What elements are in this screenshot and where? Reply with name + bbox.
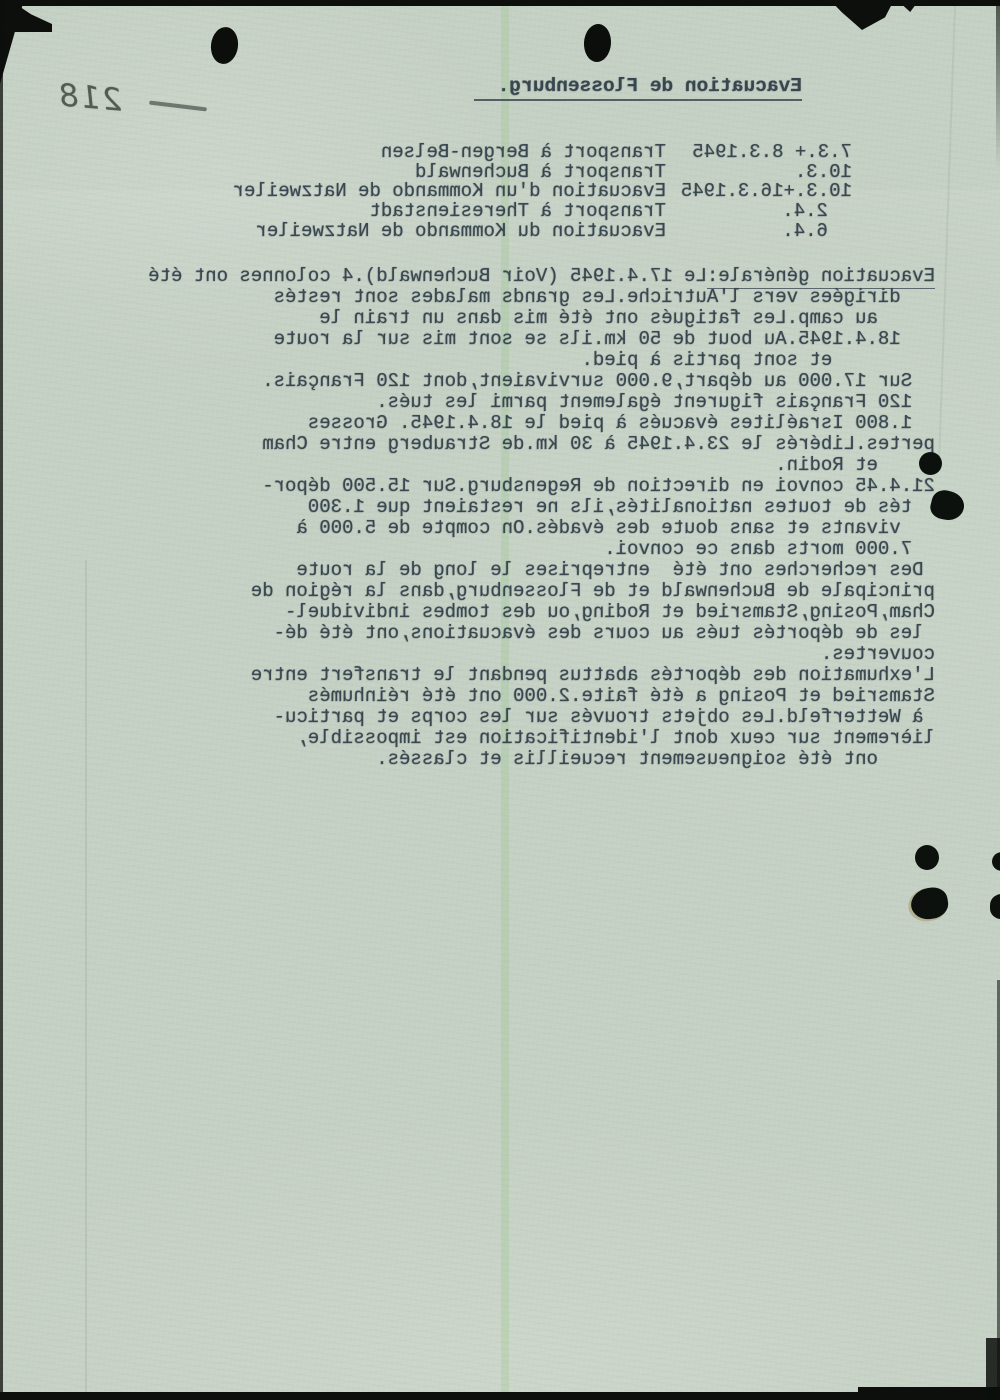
paragraph-line: et Rodin. (148, 455, 935, 476)
paragraph-line: pertes.Libérés le 23.4.1945 à 30 km.de S… (148, 434, 935, 455)
paragraph-line: au camp.Les fatigués ont été mis dans un… (148, 308, 935, 329)
transport-label: Evacuation du Kommando de Natzweiler (256, 222, 666, 242)
transport-row: 6.4.Evacuation du Kommando de Natzweiler (233, 222, 852, 242)
paragraph-line: 21.4.45 convoi en direction de Regensbur… (148, 476, 935, 497)
pencil-dash-mark (149, 100, 207, 111)
paragraph-line: lièrement sur ceux dont l'identification… (148, 728, 935, 749)
paragraph-line: 7.000 morts dans ce convoi. (148, 539, 935, 560)
paragraph-line: vivants et sans doute des évadés.On comp… (148, 518, 935, 539)
transport-list: 7.3.+ 8.3.1945Transport à Bergen-Belsen1… (233, 143, 852, 242)
paragraph-line: couvertes. (148, 644, 935, 665)
paragraph-line: dirigées vers l'Autriche.Les grands mala… (148, 287, 935, 308)
transport-row: 7.3.+ 8.3.1945Transport à Bergen-Belsen (233, 143, 852, 163)
paragraph-line: à Wetterfeld.Les objets trouvés sur les … (148, 707, 935, 728)
paragraph-line: principale de Buchenwald et de Flossenbu… (148, 581, 935, 602)
paragraph-line: tés de toutes nationalités,ils ne restai… (148, 497, 935, 518)
document-title: Evacuation de Flossenburg. (474, 76, 802, 97)
scanned-document-page: 218 Evacuation de Flossenburg. 7.3.+ 8.3… (0, 0, 1000, 1400)
paragraph-line: les de déportés tués au cours des évacua… (148, 623, 935, 644)
document-title-text: Evacuation de Flossenburg. (498, 75, 802, 97)
paragraph-line: 1.800 Israélites évacués à pied le 18.4.… (148, 413, 935, 434)
paragraph-line: 18.4.1945.Au bout de 50 km.ils se sont m… (148, 329, 935, 350)
mirrored-ink-layer: 218 Evacuation de Flossenburg. 7.3.+ 8.3… (0, 0, 1000, 1400)
general-evacuation-paragraph: Evacuation générale:Le 17.4.1945 (Voir B… (148, 266, 935, 770)
paragraph-line: Sur 17.000 au départ,9.000 survivaient,d… (148, 371, 935, 392)
transport-date: 6.4. (666, 222, 852, 242)
transport-label: Transport à Theresienstadt (370, 202, 666, 222)
transport-date: 2.4. (666, 202, 852, 222)
paragraph-line: L'exhumation des déportés abattus pendan… (148, 665, 935, 686)
paragraph-line: et sont partis à pied. (148, 350, 935, 371)
handwritten-page-number: 218 (55, 77, 123, 119)
transport-date: 7.3.+ 8.3.1945 (666, 143, 852, 163)
transport-row: 2.4.Transport à Theresienstadt (233, 202, 852, 222)
paragraph-line: Stamsried et Posing a été faite.2.000 on… (148, 686, 935, 707)
paragraph-line: Cham,Posing,Stamsried et Roding,ou des t… (148, 602, 935, 623)
paragraph-line: 120 Français figurent également parmi le… (148, 392, 935, 413)
paragraph-line: ont été soigneusement recueillis et clas… (148, 749, 935, 770)
paragraph-line: Evacuation générale:Le 17.4.1945 (Voir B… (148, 266, 935, 287)
paragraph-line: Des recherches ont été entreprises le lo… (148, 560, 935, 581)
transport-label: Transport à Bergen-Belsen (381, 143, 666, 163)
